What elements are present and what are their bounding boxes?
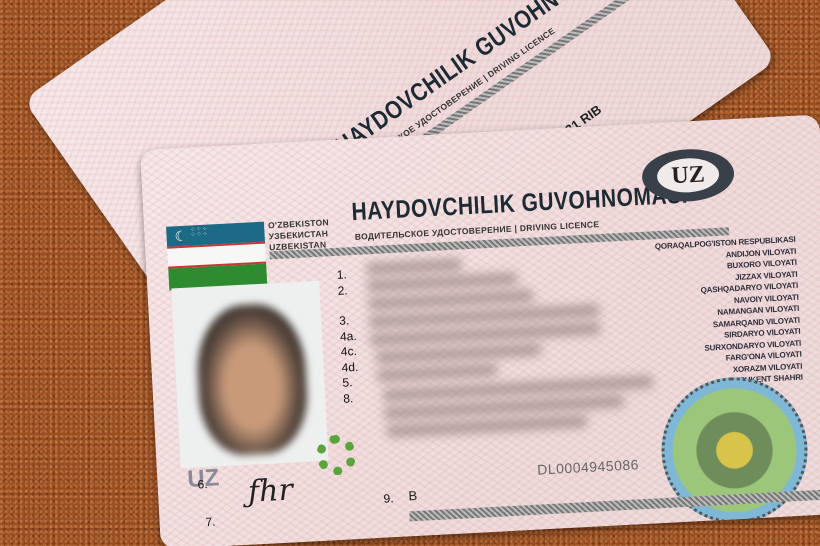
hologram-seal-icon — [315, 434, 357, 476]
face-blurred — [194, 302, 310, 457]
redacted-field — [377, 364, 497, 382]
field-6-label: 6. — [197, 477, 208, 493]
redacted-field — [367, 272, 517, 292]
card-title: HAYDOVCHILIK GUVOHNOMASI — [351, 181, 689, 227]
redacted-field — [366, 258, 461, 275]
license-serial-number: DL0004945086 — [537, 456, 639, 477]
front-license-card: ☾⁘⁘⁘⁘⁘⁘ O'ZBEKISTON УЗБЕКИСТАН UZBEKISTA… — [140, 114, 820, 546]
uzbekistan-flag-icon: ☾⁘⁘⁘⁘⁘⁘ — [166, 222, 267, 291]
field-7-label: 7. — [205, 515, 216, 531]
field-9-label: 9. — [383, 491, 394, 507]
redacted-field — [376, 343, 541, 364]
regions-list: QORAQALPOG'ISTON RESPUBLIKASI ANDIJON VI… — [596, 234, 804, 394]
holder-photo — [171, 281, 328, 468]
holder-signature: ƒhr — [247, 472, 294, 509]
redacted-field — [368, 290, 533, 311]
redacted-field — [387, 415, 587, 437]
field-labels: 1. 2. 3. 4a. 4c. 4d. 5. 8. — [336, 267, 360, 407]
license-category: B — [408, 488, 417, 503]
